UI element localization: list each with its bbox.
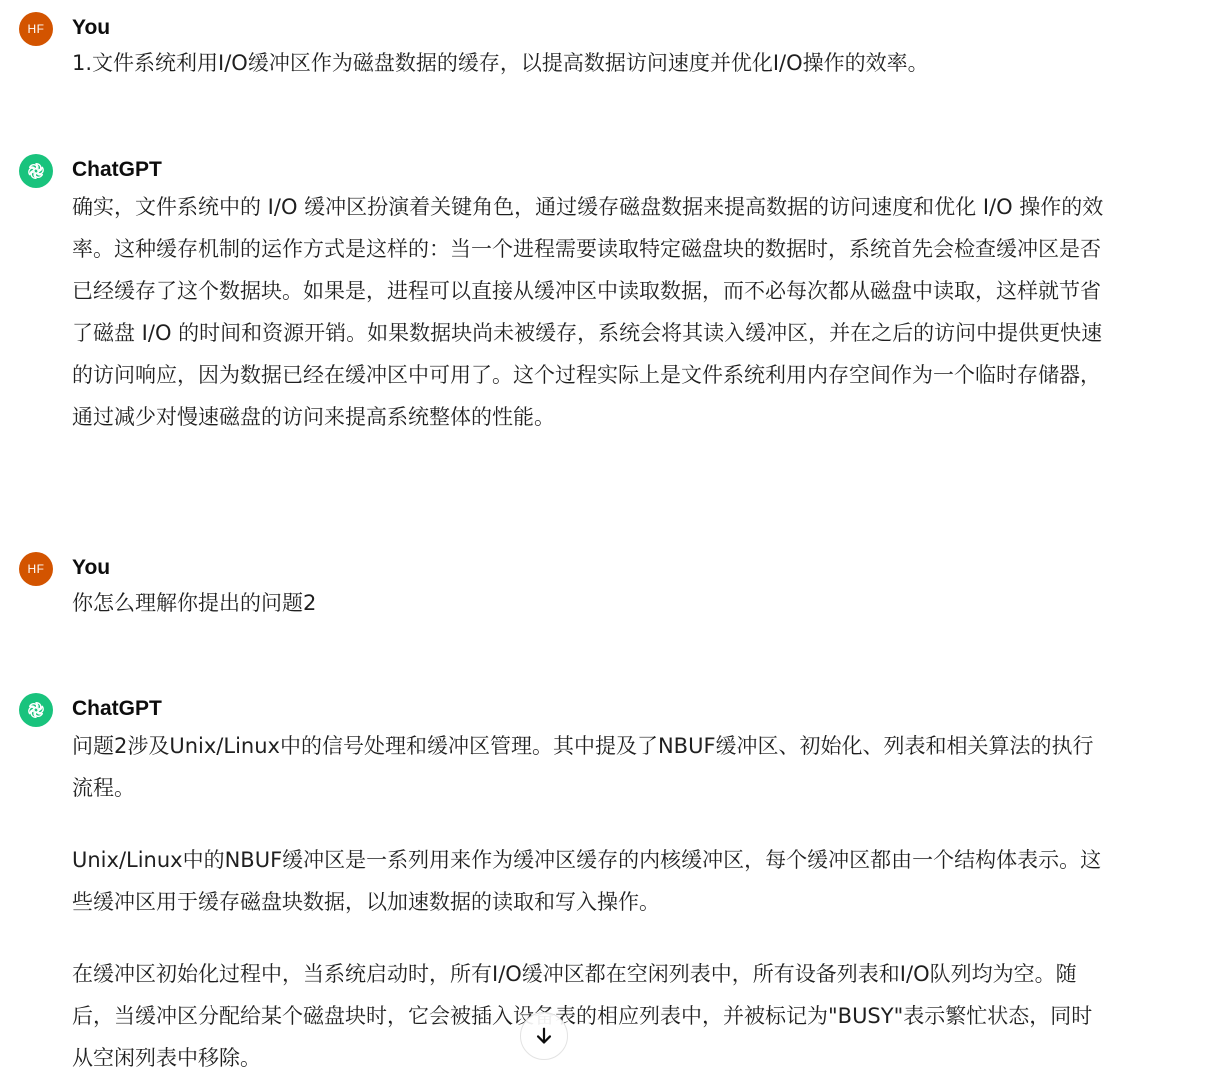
avatar-initials: HF (28, 22, 45, 36)
message-paragraph: 1.文件系统利用I/O缓冲区作为磁盘数据的缓存，以提高数据访问速度并优化I/O操… (72, 42, 1112, 84)
user-avatar: HF (19, 552, 53, 586)
message-paragraph: 在缓冲区初始化过程中，当系统启动时，所有I/O缓冲区都在空闲列表中，所有设备列表… (72, 953, 1112, 1078)
message-paragraph: 你怎么理解你提出的问题2 (72, 582, 1112, 624)
message-author: You (72, 14, 110, 42)
openai-logo-icon (25, 160, 47, 182)
scroll-to-bottom-button[interactable] (520, 1012, 568, 1060)
avatar-initials: HF (28, 562, 45, 576)
user-avatar: HF (19, 12, 53, 46)
assistant-avatar (19, 154, 53, 188)
message-paragraph: Unix/Linux中的NBUF缓冲区是一系列用来作为缓冲区缓存的内核缓冲区，每… (72, 839, 1112, 923)
message-author: You (72, 554, 110, 582)
chat-thread: HF You 1.文件系统利用I/O缓冲区作为磁盘数据的缓存，以提高数据访问速度… (0, 0, 1213, 1078)
message-author: ChatGPT (72, 695, 162, 723)
message-paragraph: 确实，文件系统中的 I/O 缓冲区扮演着关键角色，通过缓存磁盘数据来提高数据的访… (72, 186, 1112, 438)
message-body: 1.文件系统利用I/O缓冲区作为磁盘数据的缓存，以提高数据访问速度并优化I/O操… (72, 42, 1112, 84)
message-body: 问题2涉及Unix/Linux中的信号处理和缓冲区管理。其中提及了NBUF缓冲区… (72, 725, 1112, 1078)
message-body: 确实，文件系统中的 I/O 缓冲区扮演着关键角色，通过缓存磁盘数据来提高数据的访… (72, 186, 1112, 438)
arrow-down-icon (533, 1025, 555, 1047)
message-paragraph: 问题2涉及Unix/Linux中的信号处理和缓冲区管理。其中提及了NBUF缓冲区… (72, 725, 1112, 809)
openai-logo-icon (25, 699, 47, 721)
message-body: 你怎么理解你提出的问题2 (72, 582, 1112, 624)
message-author: ChatGPT (72, 156, 162, 184)
assistant-avatar (19, 693, 53, 727)
